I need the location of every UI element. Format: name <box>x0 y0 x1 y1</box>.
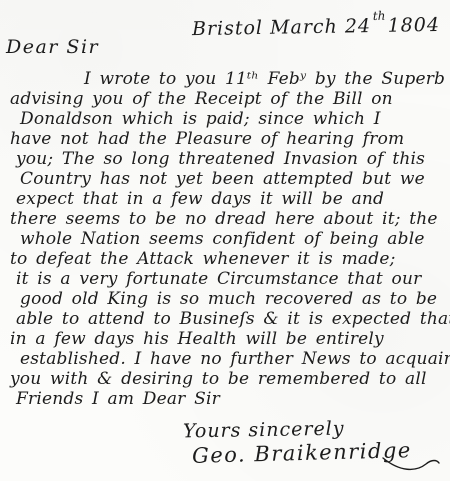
letter-salutation: Dear Sir <box>6 36 99 58</box>
letter-line: you with & desiring to be remembered to … <box>10 369 448 389</box>
letter-body: I wrote to you 11ᵗʰ Febʸ by the Superb a… <box>10 69 448 409</box>
letter-line: it is a very fortunate Circumstance that… <box>10 269 448 289</box>
letter-line: advising you of the Receipt of the Bill … <box>10 89 448 109</box>
letter-line: expect that in a few days it will be and <box>10 189 448 209</box>
letter-line: whole Nation seems confident of being ab… <box>10 229 448 249</box>
letter-line: good old King is so much recovered as to… <box>10 289 448 309</box>
letter-dateline: Bristol March 24th1804 <box>192 14 440 40</box>
letter-line: I wrote to you 11ᵗʰ Febʸ by the Superb <box>10 69 448 89</box>
letter-line: established. I have no further News to a… <box>10 349 448 369</box>
dateline-ordinal: th <box>371 9 388 23</box>
letter-line: you; The so long threatened Invasion of … <box>10 149 448 169</box>
letter-line: able to attend to Busineſs & it is expec… <box>10 309 448 329</box>
letter-line: Friends I am Dear Sir <box>10 389 448 409</box>
letter-line: Country has not yet been attempted but w… <box>10 169 448 189</box>
letter-page: Bristol March 24th1804 Dear Sir I wrote … <box>0 0 450 481</box>
letter-line: there seems to be no dread here about it… <box>10 209 448 229</box>
signature-flourish <box>382 452 440 474</box>
dateline-year: 1804 <box>387 14 440 37</box>
letter-signature: Geo. Braikenridge <box>192 438 412 468</box>
dateline-place-day: Bristol March 24 <box>192 15 371 40</box>
letter-line: to defeat the Attack whenever it is made… <box>10 249 448 269</box>
letter-line: have not had the Pleasure of hearing fro… <box>10 129 448 149</box>
letter-line: in a few days his Health will be entirel… <box>10 329 448 349</box>
letter-line: Donaldson which is paid; since which I <box>10 109 448 129</box>
letter-closing: Yours sincerely <box>183 418 345 443</box>
